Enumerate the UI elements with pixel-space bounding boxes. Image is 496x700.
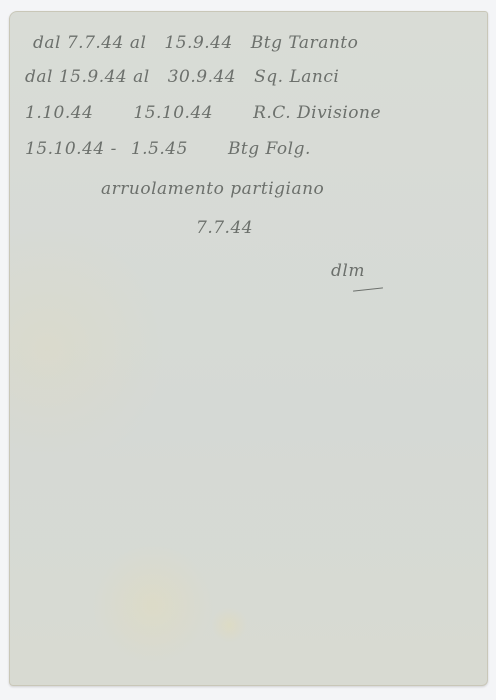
line-1-to: 15.9.44 xyxy=(164,33,232,53)
service-line-2: dal 15.9.44 al30.9.44Sq. Lanci xyxy=(25,67,339,87)
service-line-1: dal 7.7.44 al15.9.44Btg Taranto xyxy=(33,33,358,53)
line-3-from: 1.10.44 xyxy=(25,103,93,123)
line-2-unit: Sq. Lanci xyxy=(254,67,339,87)
line-4-unit: Btg Folg. xyxy=(228,139,311,159)
service-line-4: 15.10.44 -1.5.45Btg Folg. xyxy=(25,139,311,159)
signature-underline xyxy=(353,287,383,291)
line-3-unit: R.C. Divisione xyxy=(253,103,381,123)
line-2-from: dal 15.9.44 al xyxy=(25,67,150,87)
line-2-to: 30.9.44 xyxy=(168,67,236,87)
line-1-from: dal 7.7.44 al xyxy=(33,33,146,53)
paper-card: dal 7.7.44 al15.9.44Btg Taranto dal 15.9… xyxy=(9,11,488,686)
line-3-to: 15.10.44 xyxy=(133,103,213,123)
service-line-3: 1.10.4415.10.44R.C. Divisione xyxy=(25,103,381,123)
line-1-unit: Btg Taranto xyxy=(251,33,359,53)
signature: dlm xyxy=(331,261,365,281)
line-4-to: 1.5.45 xyxy=(131,139,188,159)
line-4-from: 15.10.44 - xyxy=(25,139,117,159)
note-date: 7.7.44 xyxy=(196,218,253,238)
enlistment-note: arruolamento partigiano xyxy=(101,179,324,199)
